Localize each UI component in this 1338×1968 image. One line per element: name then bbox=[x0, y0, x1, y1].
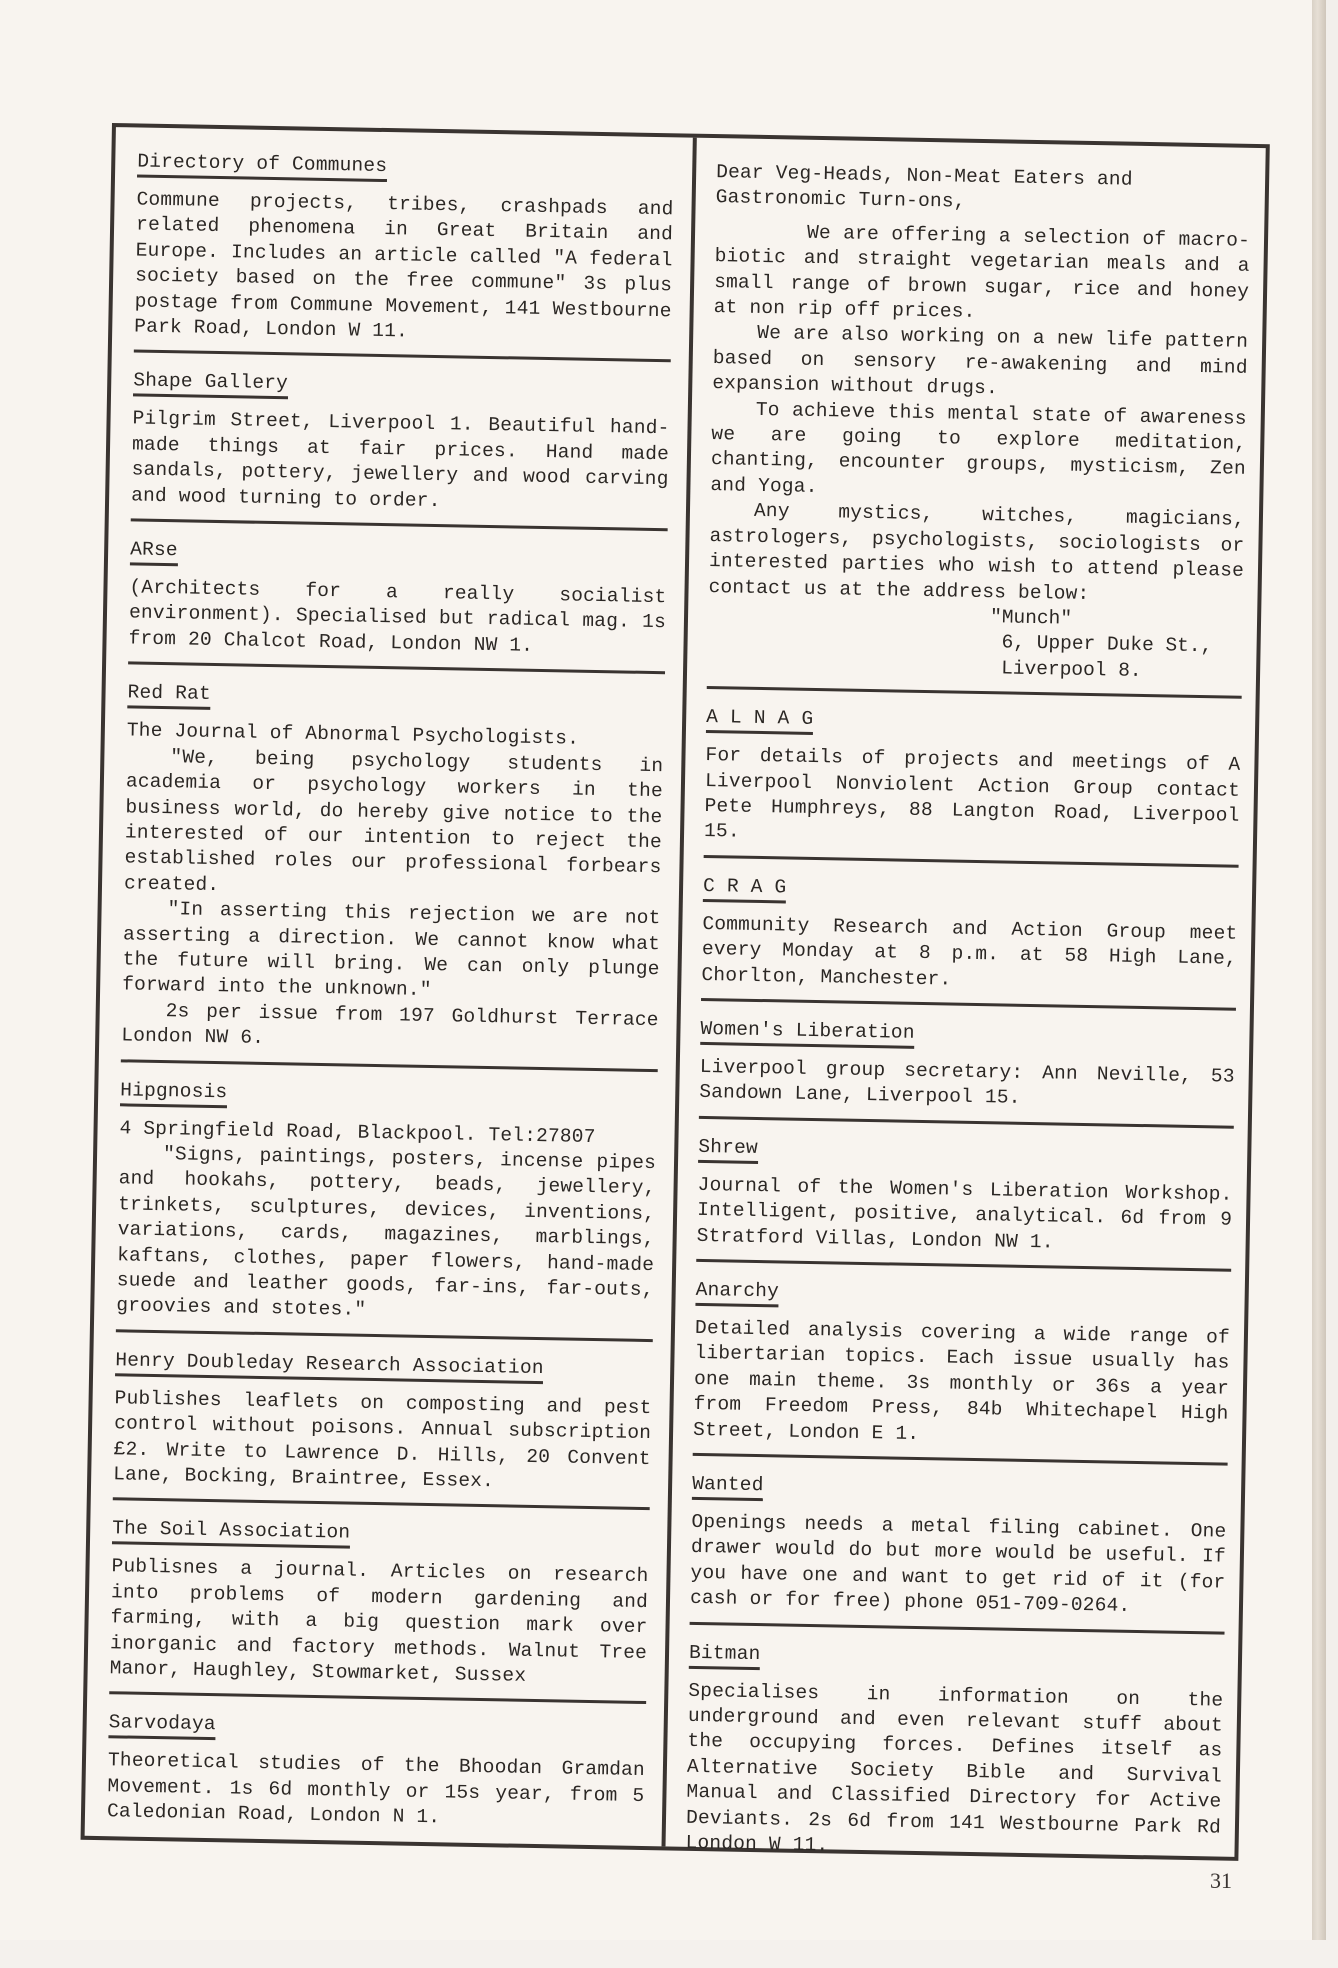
entry-title: Sarvodaya bbox=[108, 1711, 216, 1741]
page-number: 31 bbox=[1210, 1868, 1232, 1894]
right-entries: A L N A GFor details of projects and mee… bbox=[685, 705, 1241, 1876]
directory-entry-henry-doubleday-research-association: Henry Doubleday Research AssociationPubl… bbox=[113, 1348, 653, 1510]
entry-title: Shrew bbox=[698, 1135, 758, 1164]
directory-entry-wanted: WantedOpenings needs a metal filing cabi… bbox=[690, 1472, 1228, 1634]
directory-entry-a-l-n-a-g: A L N A GFor details of projects and mee… bbox=[704, 705, 1242, 867]
entry-title: Red Rat bbox=[127, 681, 211, 711]
directory-frame: Directory of CommunesCommune projects, t… bbox=[81, 123, 1270, 1861]
entry-text: Pilgrim Street, Liverpool 1. Beautiful h… bbox=[131, 407, 670, 518]
munch-salutation: Dear Veg-Heads, Non-Meat Eaters and Gast… bbox=[715, 160, 1251, 221]
entry-text: Openings needs a metal filing cabinet. O… bbox=[690, 1510, 1227, 1621]
directory-entry-arse: ARse(Architects for a really socialist e… bbox=[128, 537, 667, 674]
entry-title: C R A G bbox=[703, 874, 787, 904]
entry-title: Anarchy bbox=[695, 1278, 779, 1308]
entry-text: For details of projects and meetings of … bbox=[704, 743, 1241, 854]
entry-title: Henry Doubleday Research Association bbox=[115, 1348, 544, 1384]
entry-title: A L N A G bbox=[706, 705, 814, 735]
entry-text: Liverpool group secretary: Ann Neville, … bbox=[699, 1055, 1235, 1116]
directory-entry-the-soil-association: The Soil AssociationPublisnes a journal.… bbox=[109, 1517, 649, 1705]
directory-entry-anarchy: AnarchyDetailed analysis covering a wide… bbox=[693, 1278, 1231, 1466]
entry-title: Wanted bbox=[692, 1472, 764, 1501]
entry-text: "Signs, paintings, posters, incense pipe… bbox=[116, 1141, 656, 1329]
entry-text: Commune projects, tribes, crashpads and … bbox=[134, 187, 674, 349]
directory-entry-hipgnosis: Hipgnosis4 Springfield Road, Blackpool. … bbox=[116, 1078, 658, 1342]
entry-text: Journal of the Women's Liberation Worksh… bbox=[696, 1173, 1232, 1259]
entry-title: ARse bbox=[130, 537, 178, 566]
entry-text: Publisnes a journal. Articles on researc… bbox=[109, 1555, 648, 1692]
directory-entry-directory-of-communes: Directory of CommunesCommune projects, t… bbox=[134, 149, 675, 362]
directory-entry-shrew: ShrewJournal of the Women's Liberation W… bbox=[696, 1135, 1233, 1272]
directory-entry-sarvodaya: SarvodayaTheoretical studies of the Bhoo… bbox=[107, 1711, 646, 1845]
directory-entry-red-rat: Red RatThe Journal of Abnormal Psycholog… bbox=[121, 681, 665, 1072]
left-column: Directory of CommunesCommune projects, t… bbox=[85, 127, 693, 1846]
page-edge-background bbox=[1326, 0, 1338, 1968]
entry-text: "We, being psychology students in academ… bbox=[124, 744, 664, 906]
directory-entry-bitman: BitmanSpecialises in information on the … bbox=[685, 1640, 1224, 1876]
entry-title: Shape Gallery bbox=[133, 369, 288, 400]
munch-paragraph: We are also working on a new life patter… bbox=[712, 320, 1248, 406]
directory-entry-shape-gallery: Shape GalleryPilgrim Street, Liverpool 1… bbox=[131, 369, 671, 531]
entry-text: Specialises in information on the underg… bbox=[685, 1678, 1223, 1866]
entry-text: Detailed analysis covering a wide range … bbox=[693, 1316, 1230, 1453]
entry-text: 2s per issue from 197 Goldhurst Terrace … bbox=[121, 998, 659, 1059]
entry-text: Theoretical studies of the Bhoodan Gramd… bbox=[107, 1749, 645, 1835]
entry-title: Bitman bbox=[689, 1640, 761, 1669]
entry-text: Community Research and Action Group meet… bbox=[701, 912, 1237, 998]
munch-paragraph: To achieve this mental state of awarenes… bbox=[710, 397, 1247, 508]
munch-paragraph: Any mystics, witches, magicians, astrolo… bbox=[708, 498, 1245, 609]
entry-title: Hipgnosis bbox=[120, 1078, 228, 1108]
entry-title: The Soil Association bbox=[112, 1517, 351, 1549]
page-bottom-strip bbox=[0, 1940, 1338, 1968]
entry-title: Directory of Communes bbox=[137, 149, 387, 182]
directory-entry-c-r-a-g: C R A GCommunity Research and Action Gro… bbox=[701, 874, 1238, 1011]
munch-entry: Dear Veg-Heads, Non-Meat Eaters and Gast… bbox=[707, 160, 1252, 699]
entry-text: (Architects for a really socialist envir… bbox=[128, 575, 666, 661]
munch-paragraph: We are offering a selection of macro-bio… bbox=[713, 219, 1250, 330]
page-edge-shadow bbox=[1312, 0, 1326, 1945]
right-column: Dear Veg-Heads, Non-Meat Eaters and Gast… bbox=[666, 138, 1266, 1857]
entry-text: "In asserting this rejection we are not … bbox=[122, 896, 661, 1007]
munch-address-city: Liverpool 8. bbox=[989, 656, 1242, 686]
entry-title: Women's Liberation bbox=[700, 1017, 915, 1049]
directory-entry-women-s-liberation: Women's LiberationLiverpool group secret… bbox=[699, 1017, 1236, 1129]
entry-text: Publishes leaflets on composting and pes… bbox=[113, 1386, 652, 1497]
munch-address: "Munch" 6, Upper Duke St., Liverpool 8. bbox=[707, 600, 1243, 686]
